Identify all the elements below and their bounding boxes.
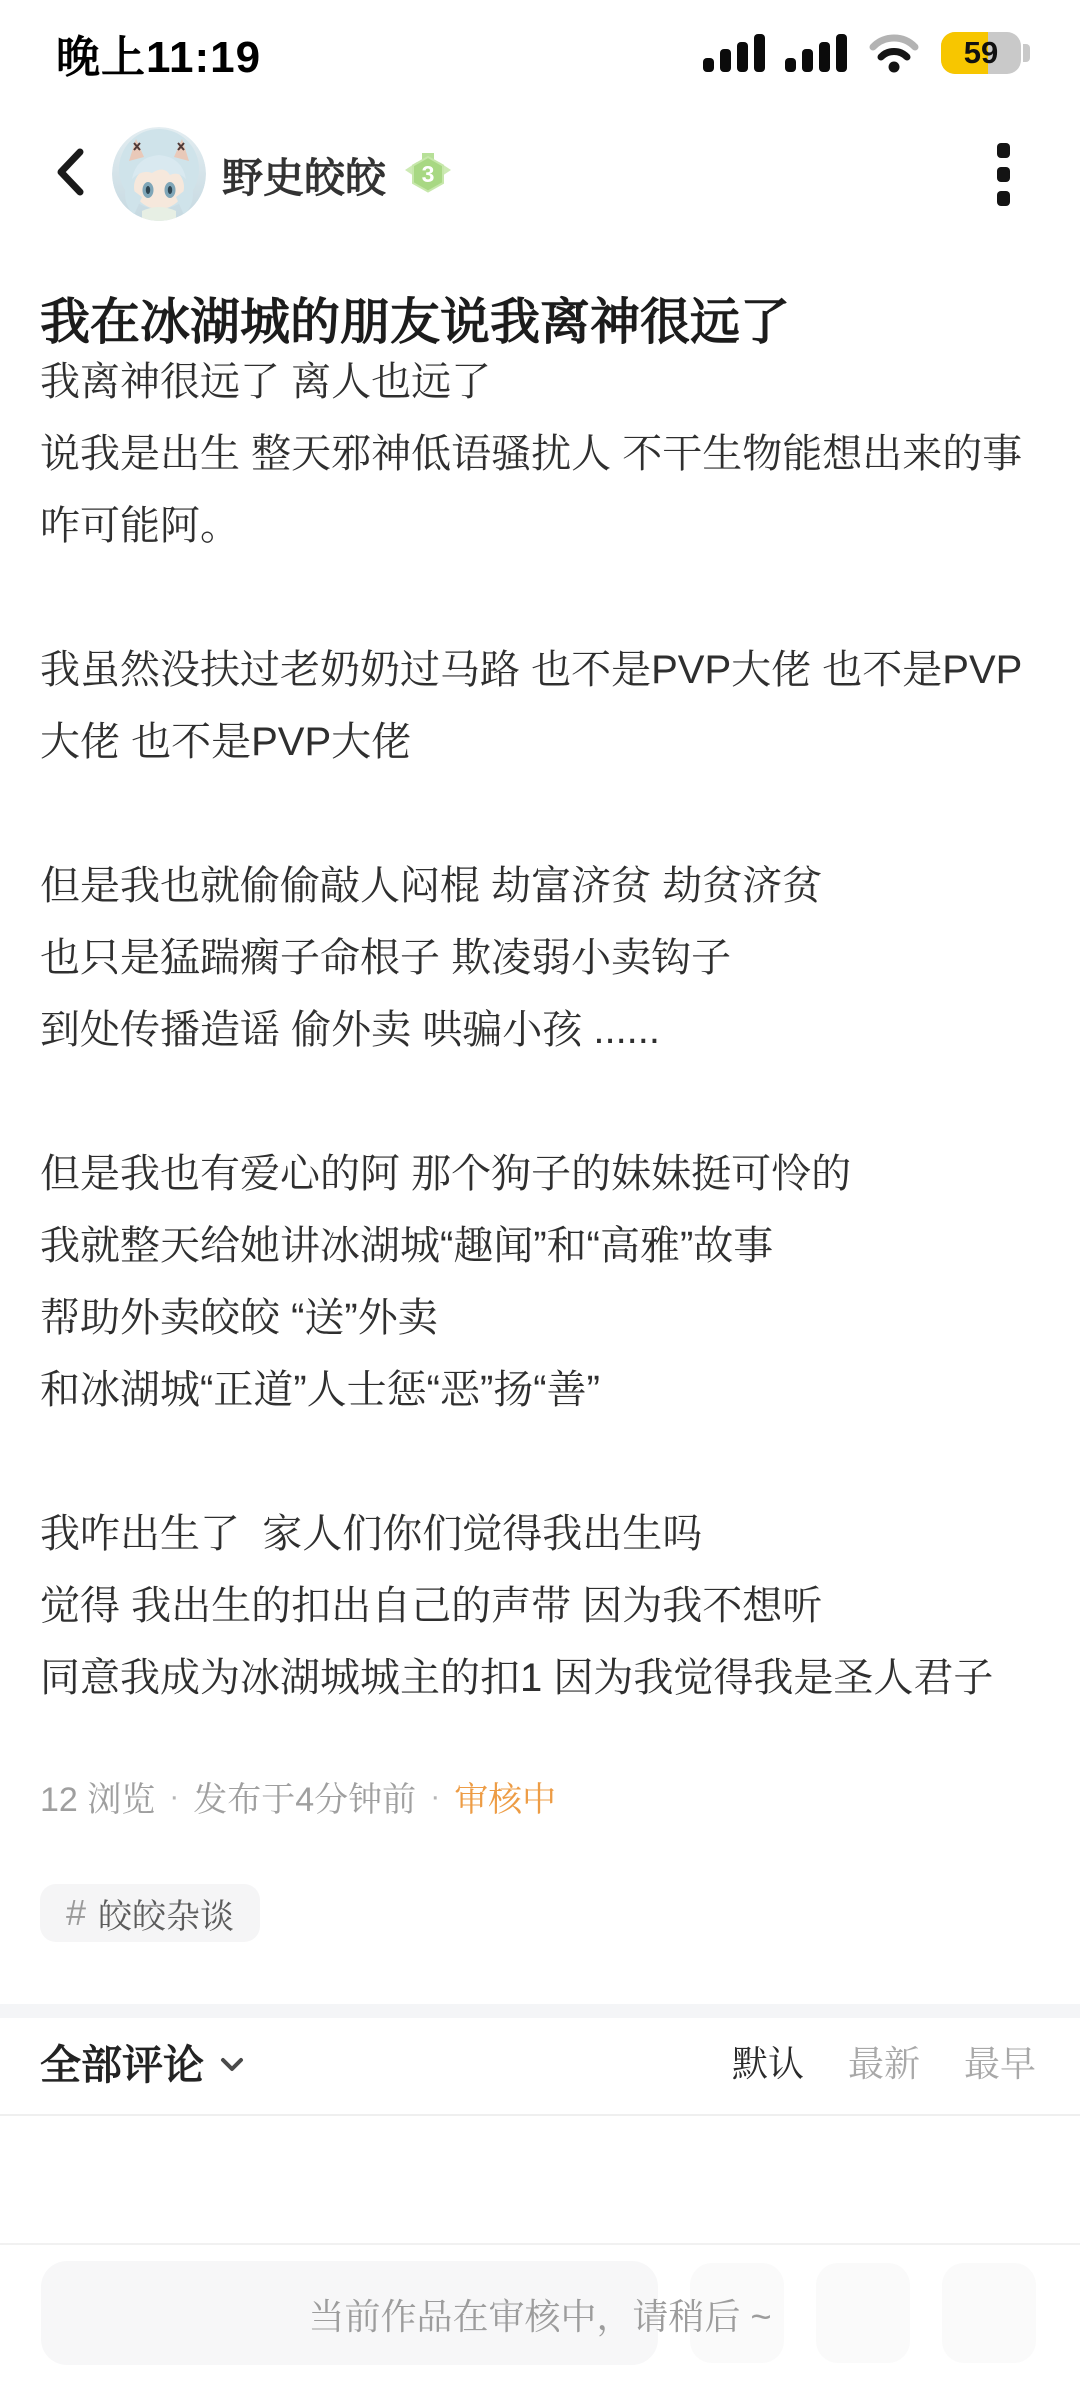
screen: 晚上11:19 59	[0, 0, 1080, 2400]
chevron-left-icon	[52, 146, 88, 203]
meta-separator: ·	[430, 1780, 440, 1814]
comments-filter-toggle[interactable]: 全部评论	[40, 2032, 246, 2091]
composer-action-button-1[interactable]	[690, 2263, 784, 2363]
battery-nub	[1023, 44, 1030, 62]
section-divider	[0, 2004, 1080, 2018]
battery-icon: 59	[941, 32, 1030, 74]
chevron-down-icon	[218, 2038, 246, 2085]
post-paragraph: 但是我也有爱心的阿 那个狗子的妹妹挺可怜的 我就整天给她讲冰湖城“趣闻”和“高雅…	[40, 1138, 1040, 1426]
post-body: 我离神很远了 离人也远了 说我是出生 整天邪神低语骚扰人 不干生物能想出来的事 …	[40, 346, 1040, 1714]
comment-input[interactable]	[41, 2261, 658, 2365]
badge-level-number: 3	[422, 161, 435, 187]
comment-composer-bar: 当前作品在审核中，请稍后 ~	[0, 2243, 1080, 2400]
post-meta: 12 浏览 · 发布于4分钟前 · 审核中	[40, 1772, 556, 1821]
sort-option-earliest[interactable]: 最早	[964, 2036, 1036, 2087]
level-badge-icon: 3	[402, 148, 454, 200]
post-header: 野史皎皎 3	[0, 118, 1080, 230]
battery-percent: 59	[941, 32, 1021, 74]
topic-tag[interactable]: # 皎皎杂谈	[40, 1884, 260, 1942]
topic-tag-label: 皎皎杂谈	[98, 1889, 234, 1938]
post-paragraph: 我离神很远了 离人也远了 说我是出生 整天邪神低语骚扰人 不干生物能想出来的事 …	[40, 346, 1040, 562]
composer-action-button-3[interactable]	[942, 2263, 1036, 2363]
composer-action-button-2[interactable]	[816, 2263, 910, 2363]
comments-header: 全部评论 默认 最新 最早	[40, 2018, 1036, 2104]
username[interactable]: 野史皎皎	[222, 145, 386, 204]
post-paragraph: 我虽然没扶过老奶奶过马路 也不是PVP大佬 也不是PVP大佬 也不是PVP大佬	[40, 634, 1040, 778]
sort-option-newest[interactable]: 最新	[848, 2036, 920, 2087]
hash-icon: #	[66, 1892, 86, 1934]
more-options-button[interactable]	[991, 137, 1016, 212]
avatar[interactable]	[112, 127, 206, 221]
publish-time: 发布于4分钟前	[193, 1772, 416, 1821]
status-time: 晚上11:19	[56, 21, 261, 85]
back-button[interactable]	[52, 146, 88, 203]
comments-title-label: 全部评论	[40, 2032, 204, 2091]
post-title: 我在冰湖城的朋友说我离神很远了	[40, 290, 1040, 355]
status-icons: 59	[703, 29, 1030, 78]
sort-option-default[interactable]: 默认	[732, 2036, 804, 2087]
cellular-signal-icon-1	[703, 34, 765, 72]
comment-sort-options: 默认 最新 最早	[732, 2036, 1036, 2087]
status-bar: 晚上11:19 59	[0, 0, 1080, 100]
view-count: 12 浏览	[40, 1772, 155, 1821]
wifi-icon	[867, 29, 921, 78]
meta-separator: ·	[169, 1780, 179, 1814]
post-paragraph: 但是我也就偷偷敲人闷棍 劫富济贫 劫贫济贫 也只是猛踹瘸子命根子 欺凌弱小卖钩子…	[40, 850, 1040, 1066]
post-paragraph: 我咋出生了 家人们你们觉得我出生吗 觉得 我出生的扣出自己的声带 因为我不想听 …	[40, 1498, 1040, 1714]
comments-divider	[0, 2114, 1080, 2116]
cellular-signal-icon-2	[785, 34, 847, 72]
review-status-badge: 审核中	[454, 1772, 556, 1821]
